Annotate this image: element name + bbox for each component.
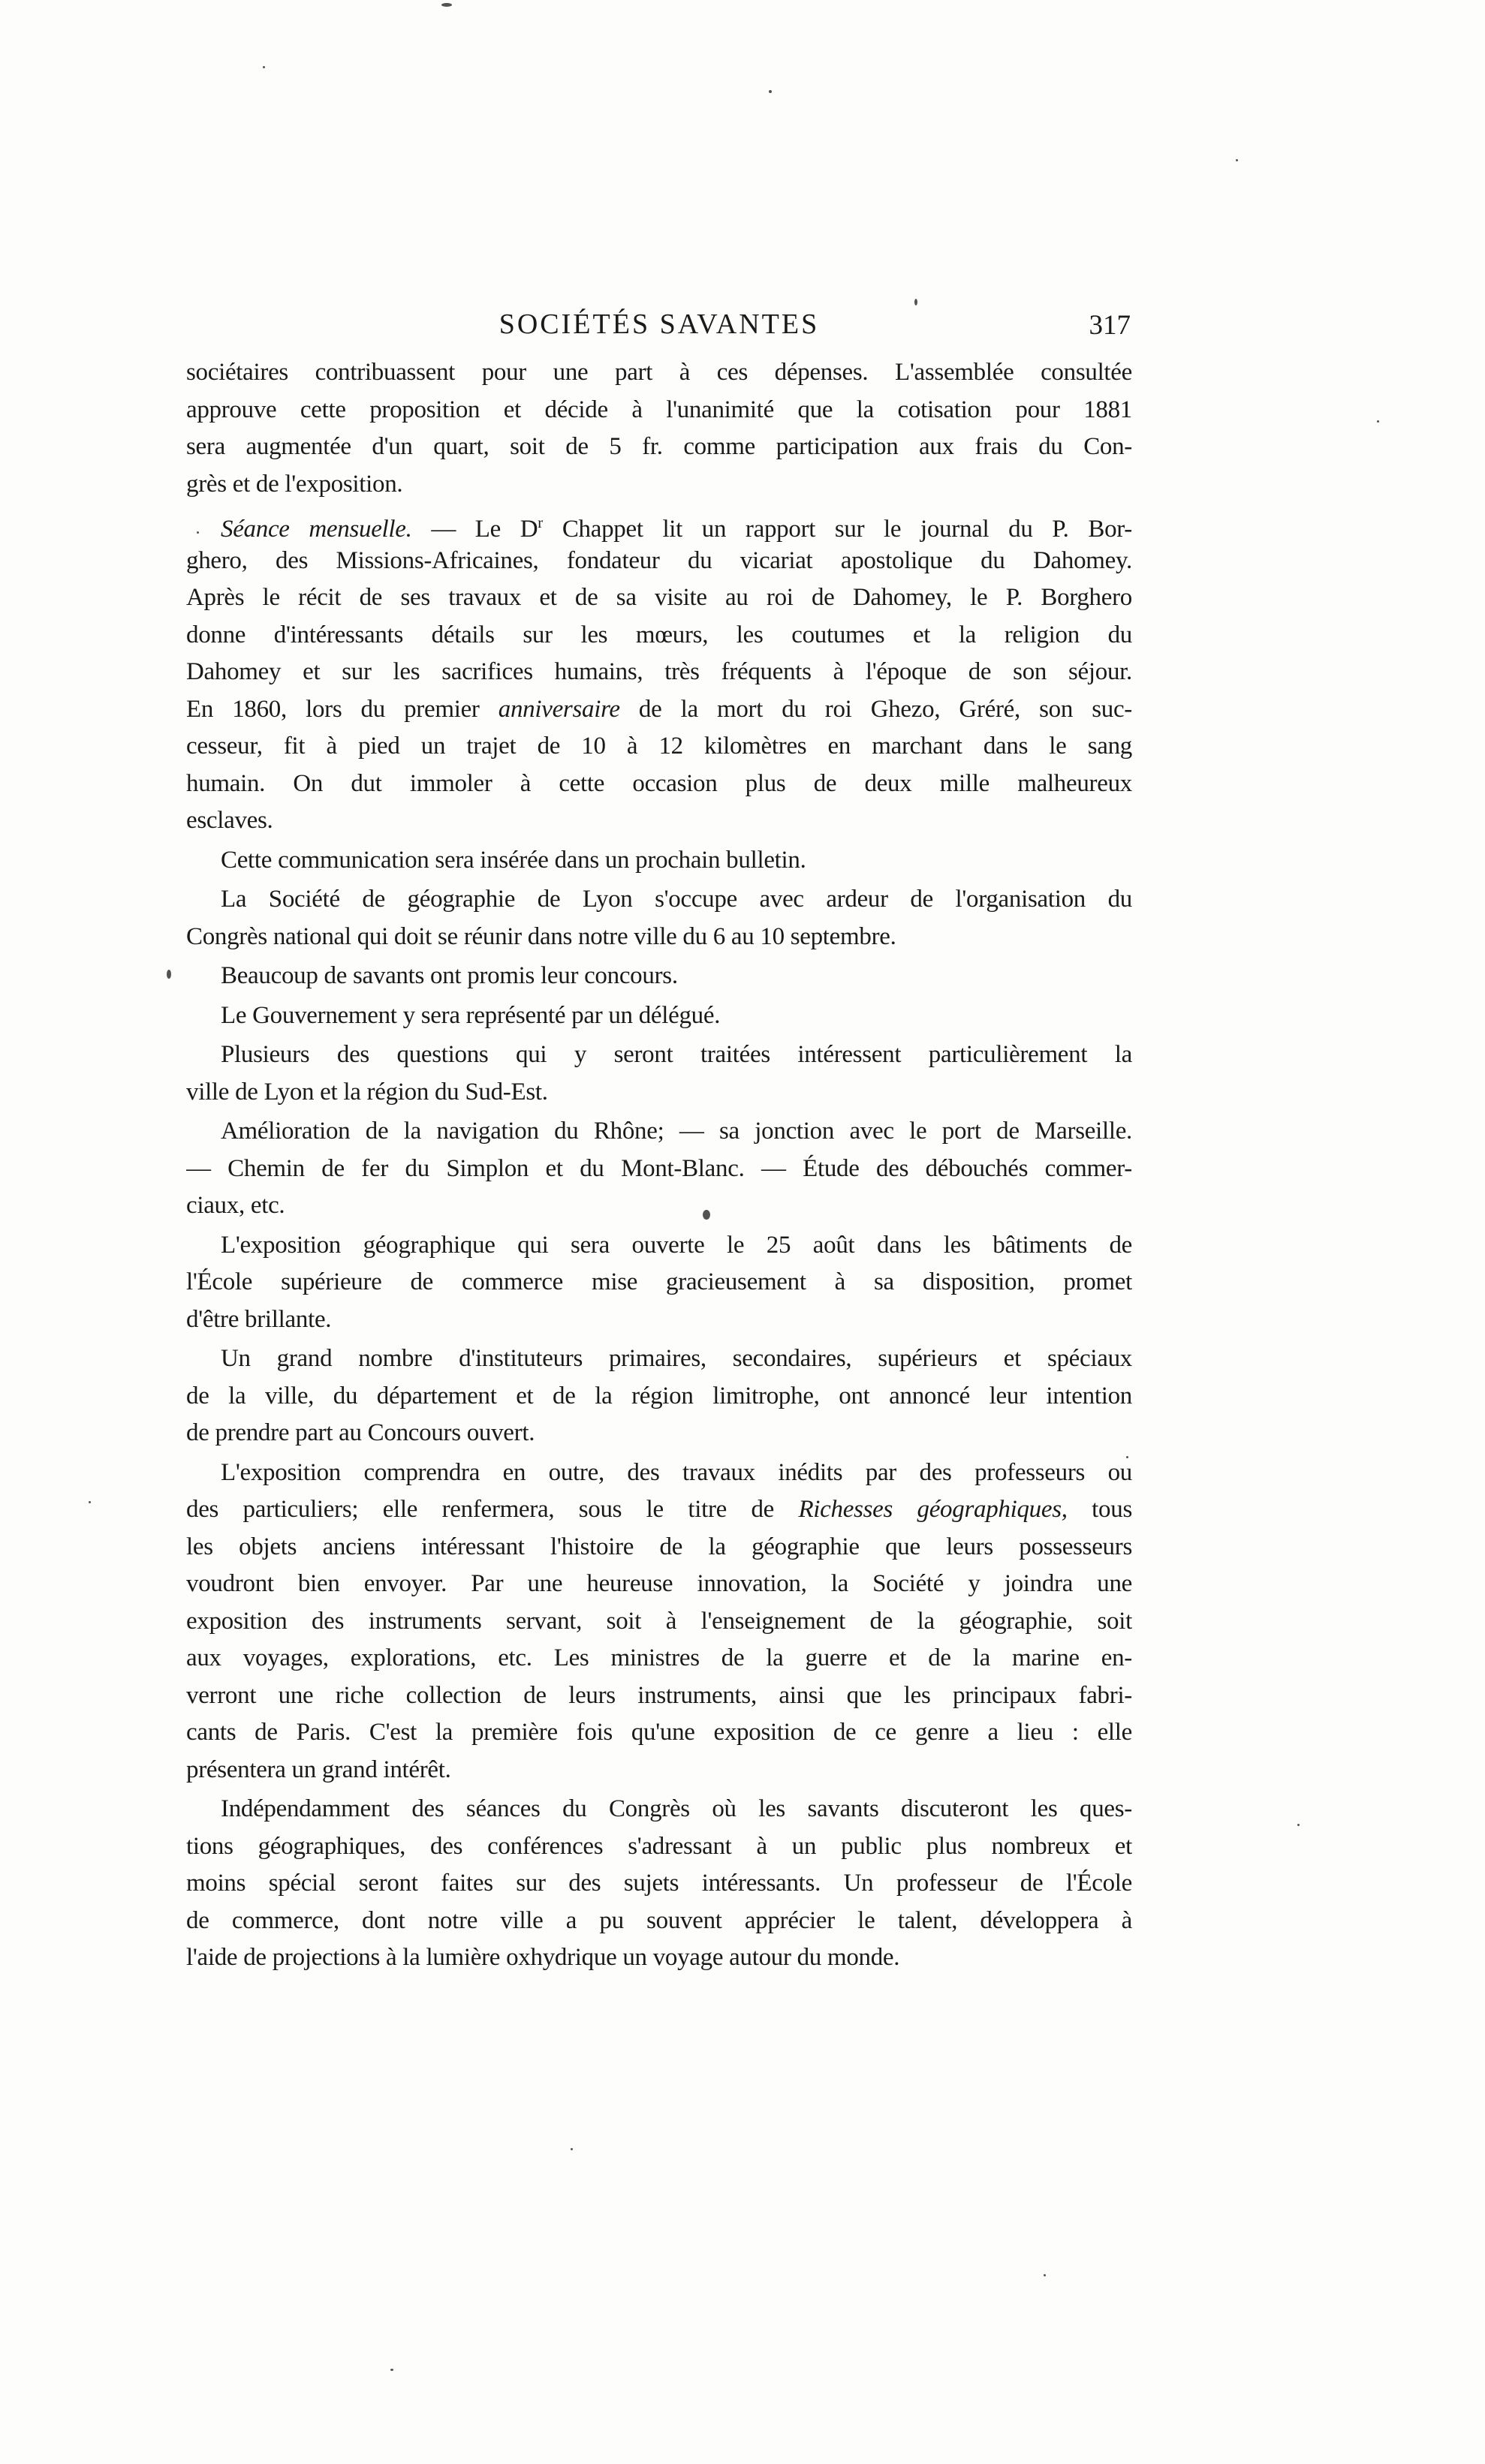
text-line: voudront bien envoyer. Par une heureuse … xyxy=(186,1566,1132,1603)
text-line: des particuliers; elle renfermera, sous … xyxy=(186,1491,1132,1529)
text-run: exposition des instruments servant, soit… xyxy=(186,1608,1132,1635)
text-line: approuve cette proposition et décide à l… xyxy=(186,392,1132,429)
scan-speck xyxy=(1126,1456,1128,1458)
text-run: aux voyages, explorations, etc. Les mini… xyxy=(186,1644,1132,1671)
text-run: La Société de géographie de Lyon s'occup… xyxy=(221,886,1132,913)
text-run: des particuliers; elle renfermera, sous … xyxy=(186,1496,798,1523)
text-line: Séance mensuelle. — Le Dr Chappet lit un… xyxy=(186,505,1132,543)
text-line: Le Gouvernement y sera représenté par un… xyxy=(186,997,1132,1035)
text-run: sera augmentée d'un quart, soit de 5 fr.… xyxy=(186,433,1132,460)
paragraph: La Société de géographie de Lyon s'occup… xyxy=(186,881,1132,955)
text-run: cesseur, fit à pied un trajet de 10 à 12… xyxy=(186,733,1132,760)
paragraph: Plusieurs des questions qui y seront tra… xyxy=(186,1036,1132,1111)
paragraph: sociétaires contribuassent pour une part… xyxy=(186,354,1132,503)
text-line: sociétaires contribuassent pour une part… xyxy=(186,354,1132,392)
text-line: ghero, des Missions-Africaines, fondateu… xyxy=(186,543,1132,580)
text-line: de commerce, dont notre ville a pu souve… xyxy=(186,1903,1132,1940)
text-line: les objets anciens intéressant l'histoir… xyxy=(186,1529,1132,1566)
text-body: sociétaires contribuassent pour une part… xyxy=(186,354,1132,1977)
text-run: de commerce, dont notre ville a pu souve… xyxy=(186,1907,1132,1934)
text-run: Plusieurs des questions qui y seront tra… xyxy=(221,1041,1132,1068)
text-run: Indépendamment des séances du Congrès où… xyxy=(221,1795,1132,1822)
page-number: 317 xyxy=(1089,309,1131,342)
scan-speck xyxy=(769,90,772,93)
text-run: moins spécial seront faites sur des suje… xyxy=(186,1870,1132,1897)
scan-speck xyxy=(197,531,199,534)
text-line: présentera un grand intérêt. xyxy=(186,1752,1132,1789)
text-run: Le Gouvernement y sera représenté par un… xyxy=(221,1002,720,1029)
text-line: cants de Paris. C'est la première fois q… xyxy=(186,1714,1132,1752)
text-line: Amélioration de la navigation du Rhône; … xyxy=(186,1113,1132,1151)
text-run: Congrès national qui doit se réunir dans… xyxy=(186,923,896,950)
text-run: Chappet lit un rapport sur le journal du… xyxy=(543,516,1132,543)
text-run: Amélioration de la navigation du Rhône; … xyxy=(221,1118,1132,1145)
text-run: d'être brillante. xyxy=(186,1306,331,1333)
text-run: cants de Paris. C'est la première fois q… xyxy=(186,1719,1132,1746)
paragraph: L'exposition comprendra en outre, des tr… xyxy=(186,1455,1132,1789)
text-line: aux voyages, explorations, etc. Les mini… xyxy=(186,1640,1132,1677)
text-line: Congrès national qui doit se réunir dans… xyxy=(186,919,1132,956)
text-run: de prendre part au Concours ouvert. xyxy=(186,1419,535,1446)
text-line: moins spécial seront faites sur des suje… xyxy=(186,1865,1132,1903)
paragraph: Séance mensuelle. — Le Dr Chappet lit un… xyxy=(186,505,1132,840)
scan-speck xyxy=(571,2148,573,2150)
text-line: verront une riche collection de leurs in… xyxy=(186,1677,1132,1715)
paragraph: L'exposition géographique qui sera ouver… xyxy=(186,1227,1132,1339)
text-line: esclaves. xyxy=(186,802,1132,840)
text-run: esclaves. xyxy=(186,807,273,834)
text-line: grès et de l'exposition. xyxy=(186,466,1132,504)
text-line: Après le récit de ses travaux et de sa v… xyxy=(186,579,1132,617)
text-run: sociétaires contribuassent pour une part… xyxy=(186,359,1132,386)
text-line: cesseur, fit à pied un trajet de 10 à 12… xyxy=(186,728,1132,766)
text-line: Cette communication sera insérée dans un… xyxy=(186,842,1132,880)
scan-speck xyxy=(89,1501,91,1503)
text-line: sera augmentée d'un quart, soit de 5 fr.… xyxy=(186,429,1132,466)
text-line: exposition des instruments servant, soit… xyxy=(186,1603,1132,1641)
text-run: voudront bien envoyer. Par une heureuse … xyxy=(186,1570,1132,1597)
text-line: tions géographiques, des conférences s'a… xyxy=(186,1828,1132,1866)
text-line: de la ville, du département et de la rég… xyxy=(186,1378,1132,1416)
page: { "page": { "background": "#fdfdfc", "in… xyxy=(0,0,1485,2464)
italic-run: Séance mensuelle. xyxy=(221,516,412,543)
text-run: l'École supérieure de commerce mise grac… xyxy=(186,1268,1132,1295)
text-line: de prendre part au Concours ouvert. xyxy=(186,1415,1132,1452)
paragraph: Amélioration de la navigation du Rhône; … xyxy=(186,1113,1132,1225)
text-run: de la ville, du département et de la rég… xyxy=(186,1382,1132,1410)
paragraph: Cette communication sera insérée dans un… xyxy=(186,842,1132,880)
text-run: — Le D xyxy=(412,516,538,543)
text-line: Indépendamment des séances du Congrès où… xyxy=(186,1791,1132,1828)
text-line: La Société de géographie de Lyon s'occup… xyxy=(186,881,1132,919)
scan-speck xyxy=(914,299,917,305)
text-run: l'aide de projections à la lumière oxhyd… xyxy=(186,1944,899,1971)
text-line: — Chemin de fer du Simplon et du Mont-Bl… xyxy=(186,1151,1132,1188)
text-line: L'exposition géographique qui sera ouver… xyxy=(186,1227,1132,1265)
text-run: grès et de l'exposition. xyxy=(186,471,402,498)
text-run: ciaux, etc. xyxy=(186,1192,285,1219)
text-run: Cette communication sera insérée dans un… xyxy=(221,847,806,874)
text-run: présentera un grand intérêt. xyxy=(186,1756,451,1783)
text-run: Après le récit de ses travaux et de sa v… xyxy=(186,584,1132,611)
scan-speck xyxy=(441,3,452,7)
text-line: Un grand nombre d'instituteurs primaires… xyxy=(186,1340,1132,1378)
scan-speck xyxy=(1297,1824,1300,1826)
scan-speck xyxy=(1044,2274,1046,2276)
scan-speck xyxy=(263,66,265,68)
text-run: approuve cette proposition et décide à l… xyxy=(186,396,1132,423)
text-run: En 1860, lors du premier xyxy=(186,696,499,723)
text-run: tous xyxy=(1068,1496,1132,1523)
paragraph: Un grand nombre d'instituteurs primaires… xyxy=(186,1340,1132,1452)
text-line: Beaucoup de savants ont promis leur conc… xyxy=(186,958,1132,995)
text-run: tions géographiques, des conférences s'a… xyxy=(186,1833,1132,1860)
text-run: L'exposition comprendra en outre, des tr… xyxy=(221,1459,1132,1486)
text-line: Plusieurs des questions qui y seront tra… xyxy=(186,1036,1132,1074)
italic-run: anniversaire xyxy=(499,696,620,723)
scan-speck xyxy=(703,1210,710,1220)
text-run: Dahomey et sur les sacrifices humains, t… xyxy=(186,658,1132,685)
paragraph: Le Gouvernement y sera représenté par un… xyxy=(186,997,1132,1035)
scan-speck xyxy=(1377,420,1379,423)
text-run: Un grand nombre d'instituteurs primaires… xyxy=(221,1345,1132,1372)
italic-run: Richesses géographiques, xyxy=(798,1496,1067,1523)
text-run: les objets anciens intéressant l'histoir… xyxy=(186,1533,1132,1560)
text-run: verront une riche collection de leurs in… xyxy=(186,1682,1132,1709)
text-run: L'exposition géographique qui sera ouver… xyxy=(221,1232,1132,1259)
text-line: ville de Lyon et la région du Sud-Est. xyxy=(186,1074,1132,1112)
text-run: Beaucoup de savants ont promis leur conc… xyxy=(221,962,678,989)
text-run: de la mort du roi Ghezo, Gréré, son suc- xyxy=(620,696,1132,723)
paragraph: Beaucoup de savants ont promis leur conc… xyxy=(186,958,1132,995)
text-line: L'exposition comprendra en outre, des tr… xyxy=(186,1455,1132,1492)
scan-speck xyxy=(390,2369,393,2371)
scan-speck xyxy=(167,970,171,979)
page-title: SOCIÉTÉS SAVANTES xyxy=(186,308,1132,341)
scan-speck xyxy=(1236,159,1238,161)
text-line: l'École supérieure de commerce mise grac… xyxy=(186,1264,1132,1301)
text-run: humain. On dut immoler à cette occasion … xyxy=(186,770,1132,797)
text-line: d'être brillante. xyxy=(186,1301,1132,1339)
page-header: SOCIÉTÉS SAVANTES 317 xyxy=(186,308,1132,345)
text-run: — Chemin de fer du Simplon et du Mont-Bl… xyxy=(186,1155,1132,1182)
text-run: donne d'intéressants détails sur les mœu… xyxy=(186,621,1132,648)
text-line: Dahomey et sur les sacrifices humains, t… xyxy=(186,654,1132,691)
text-line: donne d'intéressants détails sur les mœu… xyxy=(186,617,1132,654)
paragraph: Indépendamment des séances du Congrès où… xyxy=(186,1791,1132,1977)
text-line: humain. On dut immoler à cette occasion … xyxy=(186,766,1132,803)
text-line: En 1860, lors du premier anniversaire de… xyxy=(186,691,1132,729)
text-run: ville de Lyon et la région du Sud-Est. xyxy=(186,1079,548,1106)
text-line: l'aide de projections à la lumière oxhyd… xyxy=(186,1939,1132,1977)
text-run: ghero, des Missions-Africaines, fondateu… xyxy=(186,547,1132,574)
text-line: ciaux, etc. xyxy=(186,1187,1132,1225)
